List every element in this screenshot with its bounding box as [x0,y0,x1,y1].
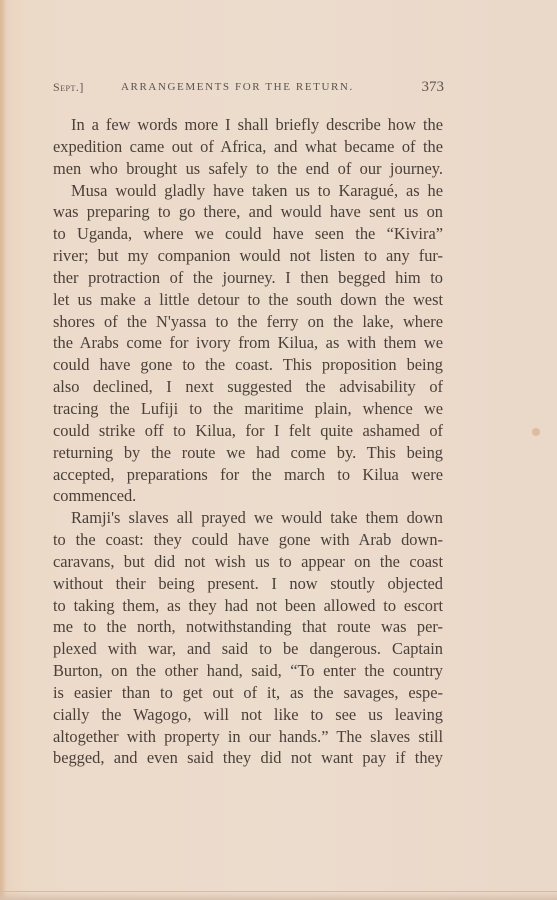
paragraph-1: In a few words more I shall briefly desc… [53,114,443,180]
text-line: caravans, but did not wish us to appear … [53,551,443,573]
text-line: plexed with war, and said to be dangerou… [53,638,443,660]
foxing-spot [532,428,540,436]
text-line: cially the Wagogo, will not like to see … [53,704,443,726]
text-line: commenced. [53,485,443,507]
text-line: men who brought us safely to the end of … [53,158,443,180]
text-line: ther protraction of the journey. I then … [53,267,443,289]
text-line: to Uganda, where we could have seen the … [53,223,443,245]
text-line: Musa would gladly have taken us to Karag… [53,180,443,202]
text-line: without their being present. I now stout… [53,573,443,595]
text-line: to the coast: they could have gone with … [53,529,443,551]
text-line: was preparing to go there, and would hav… [53,201,443,223]
text-line: shores of the N'yassa to the ferry on th… [53,311,443,333]
spine-shadow [0,0,6,900]
text-line: expedition came out of Africa, and what … [53,136,443,158]
text-line: is easier than to get out of it, as the … [53,682,443,704]
text-line: could have gone to the coast. This propo… [53,354,443,376]
book-page: Sept.] ARRANGEMENTS FOR THE RETURN. 373 … [0,0,557,900]
text-line: Ramji's slaves all prayed we would take … [53,507,443,529]
page-number: 373 [422,79,445,96]
text-line: could strike off to Kilua, for I felt qu… [53,420,443,442]
text-line: returning by the route we had come by. T… [53,442,443,464]
running-header: Sept.] ARRANGEMENTS FOR THE RETURN. 373 [53,78,444,98]
text-line: altogether with property in our hands.” … [53,726,443,748]
text-line: also declined, I next suggested the advi… [53,376,443,398]
text-line: river; but my companion would not listen… [53,245,443,267]
text-line: begged, and even said they did not want … [53,747,443,769]
text-line: accepted, preparations for the march to … [53,464,443,486]
running-title: ARRANGEMENTS FOR THE RETURN. [121,81,354,93]
paragraph-3: Ramji's slaves all prayed we would take … [53,507,443,769]
text-line: tracing the Lufiji to the maritime plain… [53,398,443,420]
body-text: In a few words more I shall briefly desc… [53,114,443,769]
text-line: to taking them, as they had not been all… [53,595,443,617]
page-bottom-edge [0,891,557,900]
header-date: Sept.] [53,80,84,95]
paragraph-2: Musa would gladly have taken us to Karag… [53,180,443,508]
text-line: let us make a little detour to the south… [53,289,443,311]
text-line: In a few words more I shall briefly desc… [53,114,443,136]
text-line: Burton, on the other hand, said, “To ent… [53,660,443,682]
text-line: the Arabs come for ivory from Kilua, as … [53,332,443,354]
text-line: me to the north, notwithstanding that ro… [53,616,443,638]
